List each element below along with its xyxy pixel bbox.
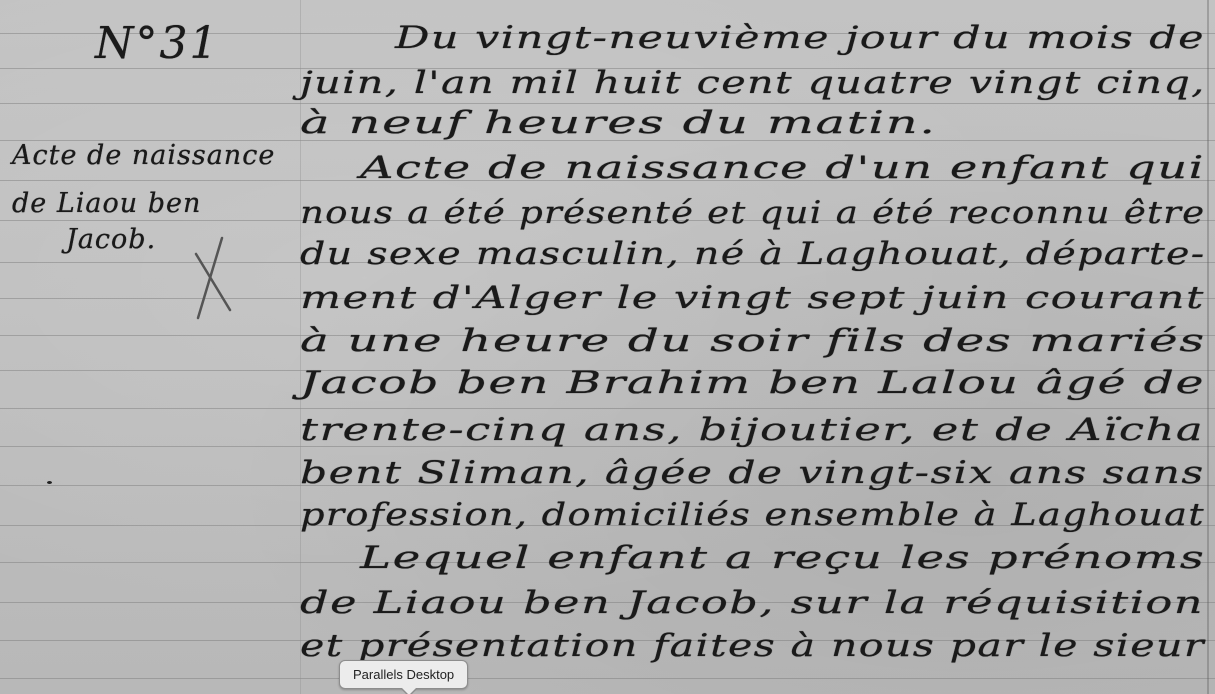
body-line-11: bent Sliman, âgée de vingt-six ans sans — [300, 455, 1205, 491]
body-line-2: juin, l'an mil huit cent quatre vingt ci… — [300, 65, 1206, 101]
body-line-15: et présentation faites à nous par le sie… — [300, 628, 1205, 664]
body-line-10: trente-cinq ans, bijoutier, et de Aïcha — [300, 412, 1204, 448]
page-edge — [1207, 0, 1209, 694]
body-line-12: profession, domiciliés ensemble à Laghou… — [300, 497, 1205, 533]
margin-note-line-2: de Liaou ben — [12, 188, 201, 219]
margin-note-line-1: Acte de naissance — [12, 140, 275, 171]
body-line-3: à neuf heures du matin. — [300, 105, 937, 141]
margin-note-line-3: Jacob. — [66, 224, 156, 255]
body-line-6: du sexe masculin, né à Laghouat, départe… — [300, 236, 1205, 272]
dock-tooltip-parallels-desktop: Parallels Desktop — [339, 660, 468, 689]
cross-signature-mark-icon — [188, 232, 238, 322]
body-line-14: de Liaou ben Jacob, sur la réquisition — [300, 585, 1204, 621]
body-line-7: ment d'Alger le vingt sept juin courant — [300, 280, 1205, 316]
document-viewer: N°31 Acte de naissance de Liaou ben Jaco… — [0, 0, 1215, 694]
ink-speck — [47, 481, 52, 484]
ruling-line — [0, 408, 1215, 409]
body-line-4: Acte de naissance d'un enfant qui — [360, 150, 1205, 186]
entry-number: N°31 — [95, 18, 220, 69]
ruling-line — [0, 103, 1215, 104]
body-line-8: à une heure du soir fils des mariés — [300, 323, 1206, 359]
body-line-1: Du vingt-neuvième jour du mois de — [395, 20, 1205, 56]
body-line-9: Jacob ben Brahim ben Lalou âgé de — [300, 365, 1205, 401]
ruling-line — [0, 678, 1215, 679]
body-line-5: nous a été présenté et qui a été reconnu… — [300, 195, 1205, 231]
body-line-13: Lequel enfant a reçu les prénoms — [360, 540, 1205, 576]
